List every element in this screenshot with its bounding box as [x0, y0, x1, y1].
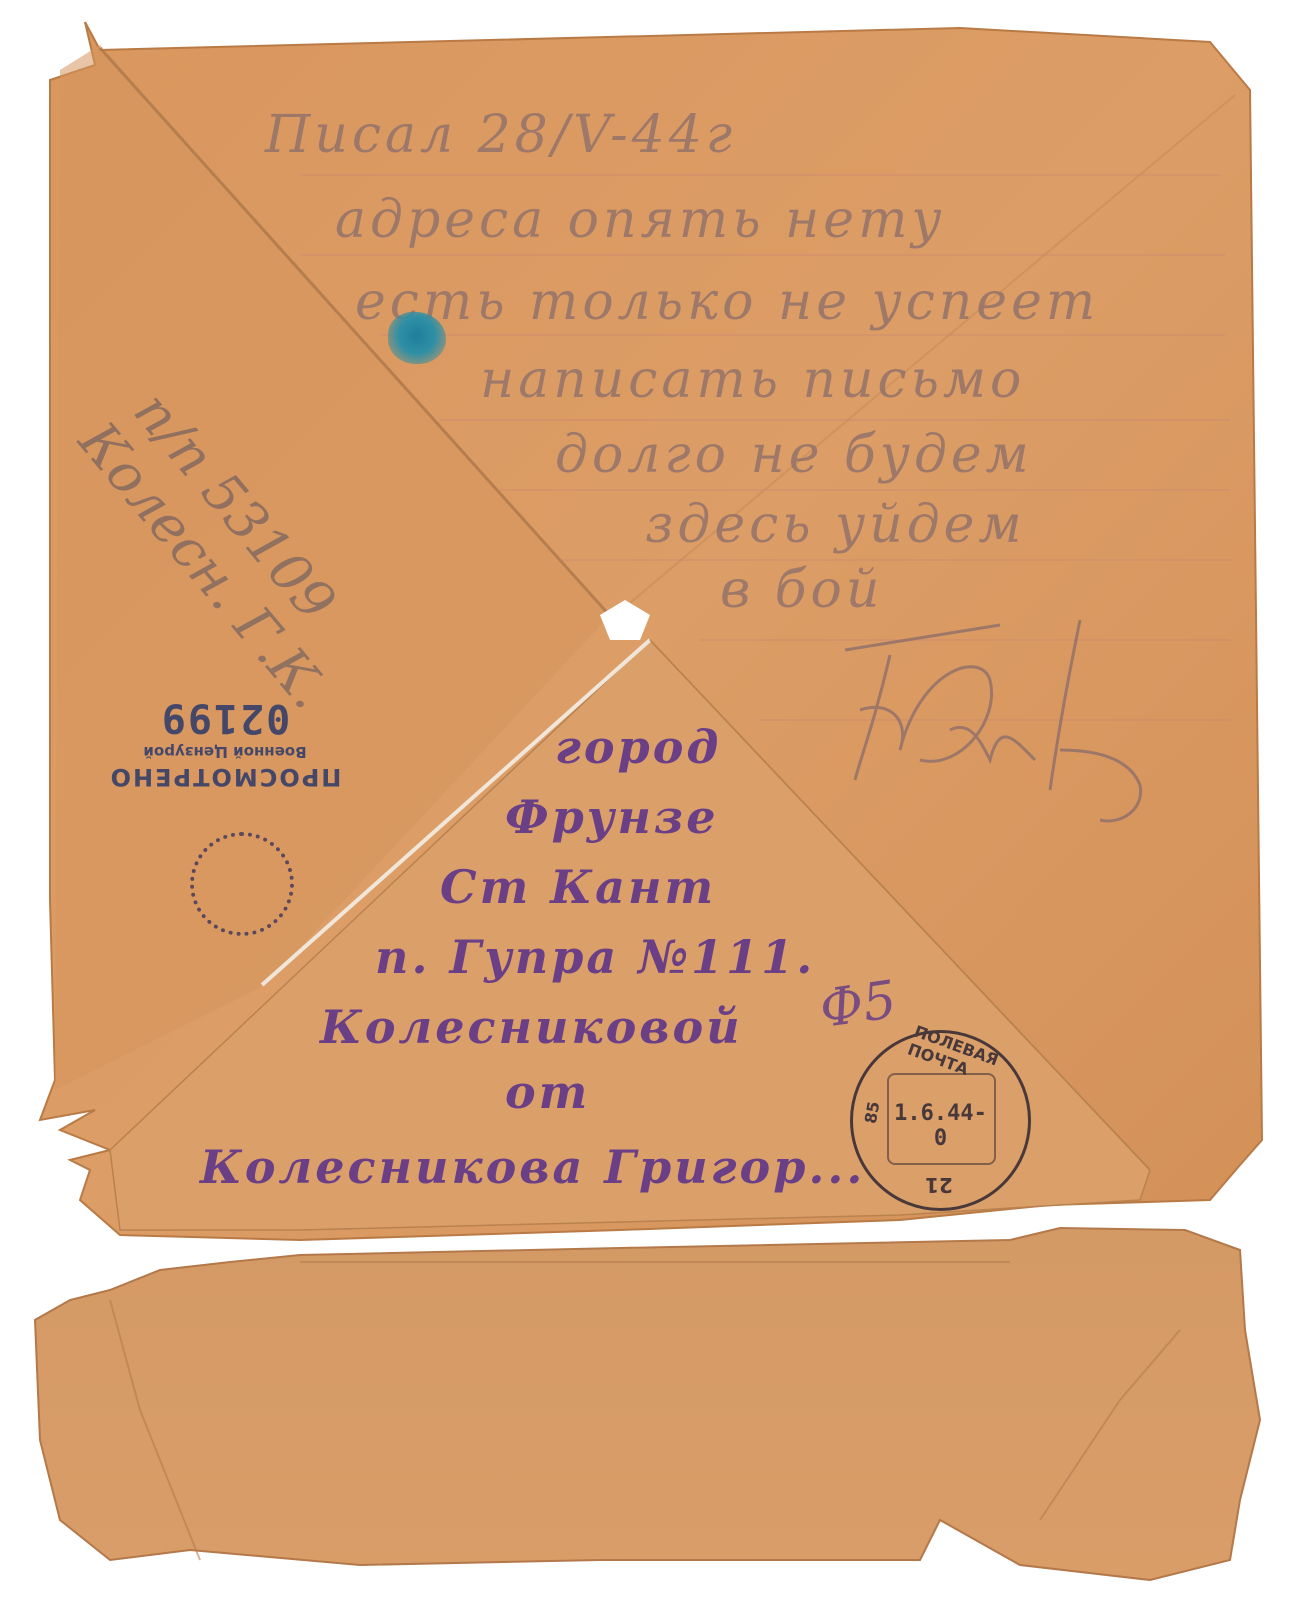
address-line-station: Ст Кант — [440, 860, 716, 914]
censor-stamp-number: 02199 — [95, 695, 355, 741]
field-post-postmark: ПОЛЕВАЯ ПОЧТА 85 1.6.44-0 21 — [850, 1030, 1031, 1211]
letter-scan: Писал 28/V-44г адреса опять нету есть то… — [0, 0, 1300, 1600]
signature — [800, 610, 1160, 830]
letter-line-6: здесь уйдем — [645, 495, 1026, 555]
postmark-number: 21 — [925, 1173, 953, 1197]
address-line-street: п. Гупра №111. — [375, 930, 815, 984]
blue-ink-blot — [388, 312, 446, 364]
address-line-from: от — [505, 1065, 590, 1119]
address-line-sender: Колесникова Григор... — [200, 1140, 865, 1194]
postmark-date: 1.6.44-0 — [893, 1101, 988, 1151]
censor-seal-ring — [190, 832, 294, 936]
letter-line-1: Писал 28/V-44г — [265, 105, 736, 165]
letter-line-3: есть только не успеет — [355, 272, 1099, 332]
ink-mark: Ф5 — [816, 970, 900, 1040]
censor-stamp-title: ПРОСМОТРЕНО — [95, 763, 355, 791]
address-line-city: Фрунзе — [505, 790, 718, 844]
letter-line-2: адреса опять нету — [335, 190, 946, 250]
address-line-recipient: Колесниковой — [320, 1000, 743, 1054]
address-line-city-label: город — [555, 720, 721, 774]
postmark-side-text: 85 — [861, 1100, 884, 1125]
censor-stamp-subtitle: Военной Цензурой — [95, 743, 355, 761]
letter-line-5: долго не будем — [555, 425, 1033, 485]
letter-line-4: написать письмо — [480, 350, 1025, 410]
censor-stamp: ПРОСМОТРЕНО Военной Цензурой 02199 — [95, 695, 355, 791]
